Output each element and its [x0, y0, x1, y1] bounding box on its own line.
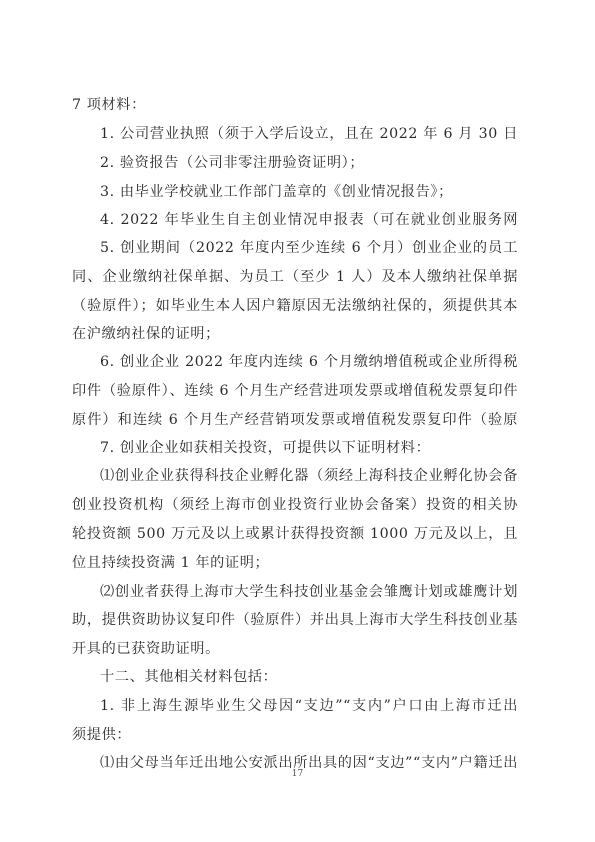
text-line: 7 项材料： [72, 96, 518, 114]
text-line: 原件）和连续 6 个月生产经营销项发票或增值税发票复印件（验原件）； [72, 411, 518, 429]
text-line: 开具的已获资助证明。 [72, 640, 518, 658]
text-line: 印件（验原件）、连续 6 个月生产经营进项发票或增值税发票复印件（验 [72, 382, 518, 400]
text-line: ⑵创业者获得上海市大学生科技创业基金会雏鹰计划或雄鹰计划资 [100, 583, 518, 601]
text-line: 须提供： [72, 726, 518, 744]
text-line: 轮投资额 500 万元及以上或累计获得投资额 1000 万元及以上，且资金到 [72, 525, 518, 543]
text-line: 5. 创业期间（2022 年度内至少连续 6 个月）创业企业的员工劳动合 [100, 239, 518, 257]
text-line: 6. 创业企业 2022 年度内连续 6 个月缴纳增值税或企业所得税税单复 [100, 353, 518, 371]
text-line: 1. 公司营业执照（须于入学后设立，且在 2022 年 6 月 30 日前注册）… [100, 125, 518, 143]
text-line: 助，提供资助协议复印件（验原件）并出具上海市大学生科技创业基金会 [72, 611, 518, 629]
text-line: 3. 由毕业学校就业工作部门盖章的《创业情况报告》； [100, 183, 518, 201]
text-line: 在沪缴纳社保的证明； [72, 325, 518, 343]
text-line: 创业投资机构（须经上海市创业投资行业协会备案）投资的相关协议，首 [72, 496, 518, 514]
text-line: 4. 2022 年毕业生自主创业情况申报表（可在就业创业服务网下载）； [100, 211, 518, 229]
text-line: 同、企业缴纳社保单据、为员工（至少 1 人）及本人缴纳社保单据复印件 [72, 268, 518, 286]
text-line: 位且持续投资满 1 年的证明； [72, 554, 518, 572]
text-line: 1. 非上海生源毕业生父母因“支边”“支内”户口由上海市迁出的， [100, 697, 518, 715]
page-number: 17 [0, 769, 595, 779]
text-line: 十二、其他相关材料包括： [100, 668, 518, 686]
text-line: （验原件）；如毕业生本人因户籍原因无法缴纳社保的，须提供其本人未 [72, 297, 518, 315]
text-line: ⑴创业企业获得科技企业孵化器（须经上海科技企业孵化协会备案）、 [100, 467, 518, 485]
text-line: 2. 验资报告（公司非零注册验资证明）； [100, 154, 518, 172]
text-line: 7. 创业企业如获相关投资，可提供以下证明材料： [100, 439, 518, 457]
document-page: 7 项材料：1. 公司营业执照（须于入学后设立，且在 2022 年 6 月 30… [0, 0, 595, 842]
